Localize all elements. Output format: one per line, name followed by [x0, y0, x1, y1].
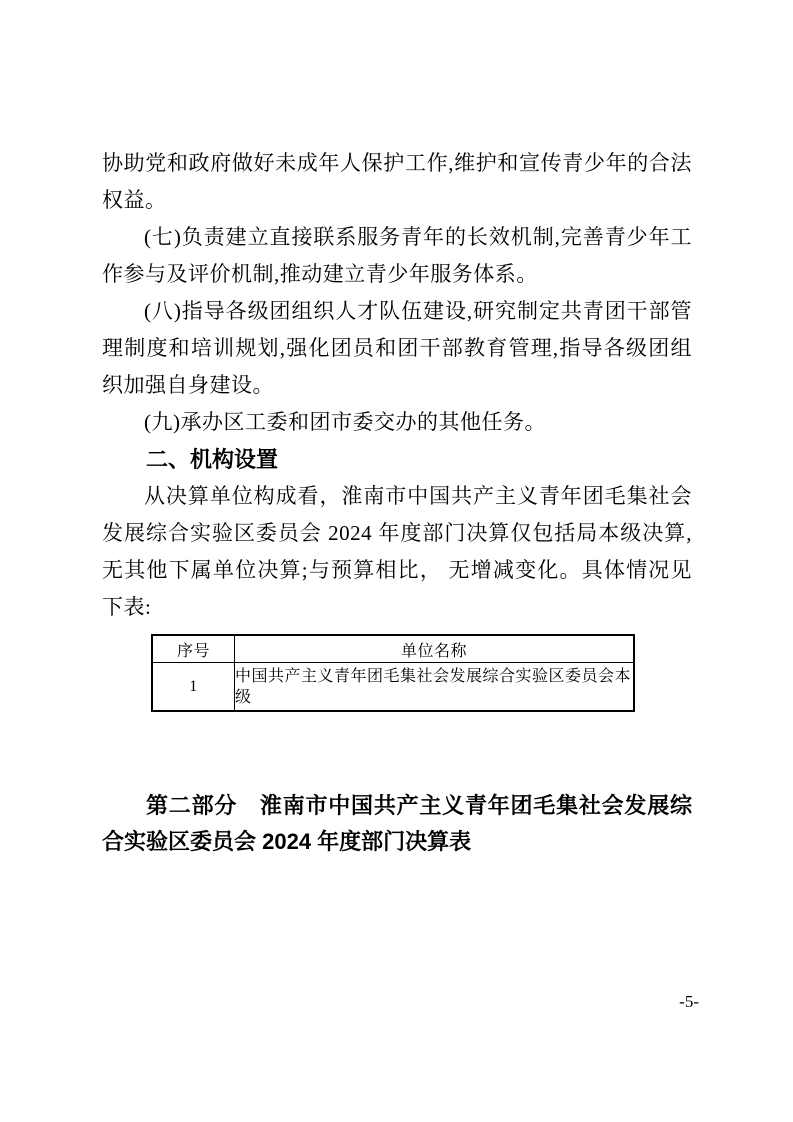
paragraph-item-9: (九)承办区工委和团市委交办的其他任务。 — [102, 404, 692, 441]
page-number: -5- — [679, 992, 699, 1012]
part2-title: 第二部分 淮南市中国共产主义青年团毛集社会发展综合实验区委员会 2024 年度部… — [102, 788, 692, 860]
paragraph-continuation: 协助党和政府做好未成年人保护工作,维护和宣传青少年的合法权益。 — [102, 145, 692, 219]
unit-table-head: 序号 单位名称 — [152, 635, 634, 663]
paragraph-item-7: (七)负责建立直接联系服务青年的长效机制,完善青少年工作参与及评价机制,推动建立… — [102, 219, 692, 293]
table-row: 1 中国共产主义青年团毛集社会发展综合实验区委员会本级 — [152, 663, 634, 712]
unit-serial-cell: 1 — [152, 663, 235, 712]
paragraph-organization-overview: 从决算单位构成看，淮南市中国共产主义青年团毛集社会发展综合实验区委员会 2024… — [102, 478, 692, 626]
unit-table-header-unit-name: 单位名称 — [235, 635, 635, 663]
document-page: 协助党和政府做好未成年人保护工作,维护和宣传青少年的合法权益。 (七)负责建立直… — [0, 0, 793, 1122]
section-heading-organization-setup: 二、机构设置 — [102, 441, 692, 478]
unit-name-cell: 中国共产主义青年团毛集社会发展综合实验区委员会本级 — [235, 663, 635, 712]
unit-list-table: 序号 单位名称 1 中国共产主义青年团毛集社会发展综合实验区委员会本级 — [151, 634, 635, 712]
unit-table-header-row: 序号 单位名称 — [152, 635, 634, 663]
document-content: 协助党和政府做好未成年人保护工作,维护和宣传青少年的合法权益。 (七)负责建立直… — [102, 145, 692, 860]
unit-table-body: 1 中国共产主义青年团毛集社会发展综合实验区委员会本级 — [152, 663, 634, 712]
unit-table-header-serial: 序号 — [152, 635, 235, 663]
paragraph-item-8: (八)指导各级团组织人才队伍建设,研究制定共青团干部管理制度和培训规划,强化团员… — [102, 293, 692, 404]
